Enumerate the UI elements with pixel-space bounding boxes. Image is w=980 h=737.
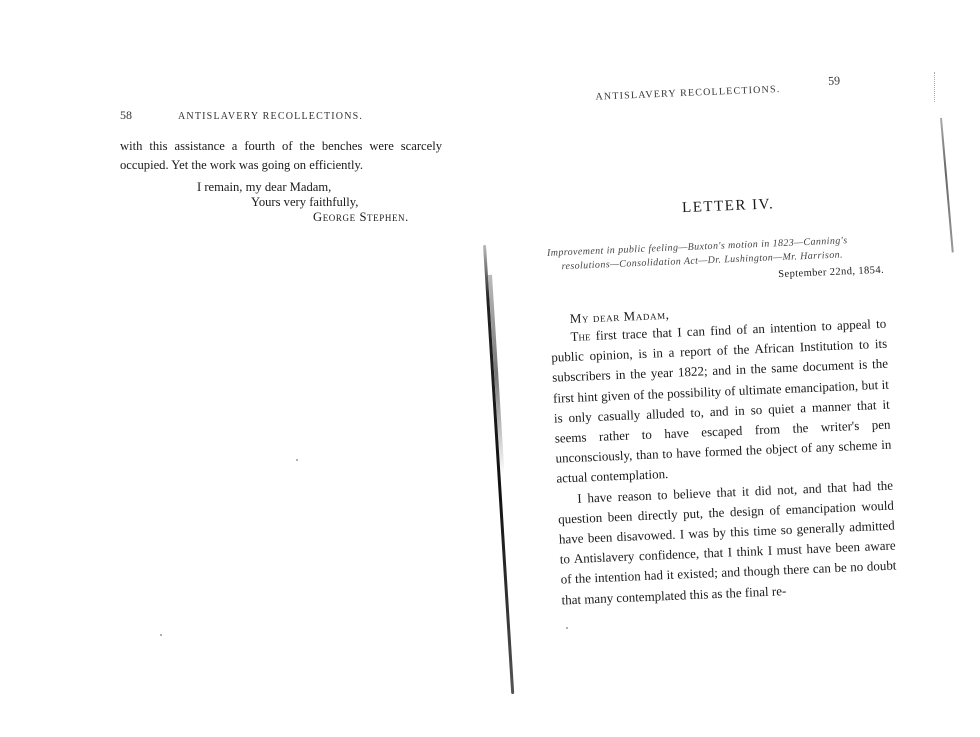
right-page: ANTISLAVERY RECOLLECTIONS. 59 LETTER IV.…	[540, 72, 898, 610]
paragraph-1: The first trace that I can find of an in…	[550, 314, 892, 490]
drop-lead-word: The	[570, 328, 591, 344]
scan-speck	[160, 634, 162, 636]
left-running-head-title: ANTISLAVERY RECOLLECTIONS.	[178, 111, 363, 122]
signature: George Stephen.	[120, 210, 442, 225]
page-edge-mark	[940, 118, 954, 253]
page-edge-dots	[934, 72, 937, 102]
left-body-paragraph: with this assistance a fourth of the ben…	[120, 137, 442, 174]
scan-speck	[566, 627, 568, 629]
right-page-number: 59	[828, 73, 841, 88]
paragraph-1-text: first trace that I can find of an intent…	[551, 316, 892, 486]
letter-closing: I remain, my dear Madam, Yours very fait…	[120, 180, 442, 225]
book-gutter-shadow	[483, 245, 514, 694]
right-running-head: ANTISLAVERY RECOLLECTIONS. 59	[540, 72, 877, 106]
right-body-text: The first trace that I can find of an in…	[550, 314, 898, 611]
left-page-number: 58	[120, 108, 178, 123]
closing-line-1: I remain, my dear Madam,	[120, 180, 442, 195]
left-page: 58ANTISLAVERY RECOLLECTIONS. with this a…	[120, 108, 442, 225]
left-running-head: 58ANTISLAVERY RECOLLECTIONS.	[120, 108, 442, 123]
scan-speck	[296, 459, 298, 461]
paragraph-2: I have reason to believe that it did not…	[557, 475, 898, 610]
left-body-text: with this assistance a fourth of the ben…	[120, 137, 442, 174]
paragraph-2-text: I have reason to believe that it did not…	[558, 477, 897, 607]
closing-line-2: Yours very faithfully,	[120, 195, 442, 210]
right-running-head-title: ANTISLAVERY RECOLLECTIONS.	[595, 84, 780, 103]
letter-title: LETTER IV.	[575, 192, 881, 222]
